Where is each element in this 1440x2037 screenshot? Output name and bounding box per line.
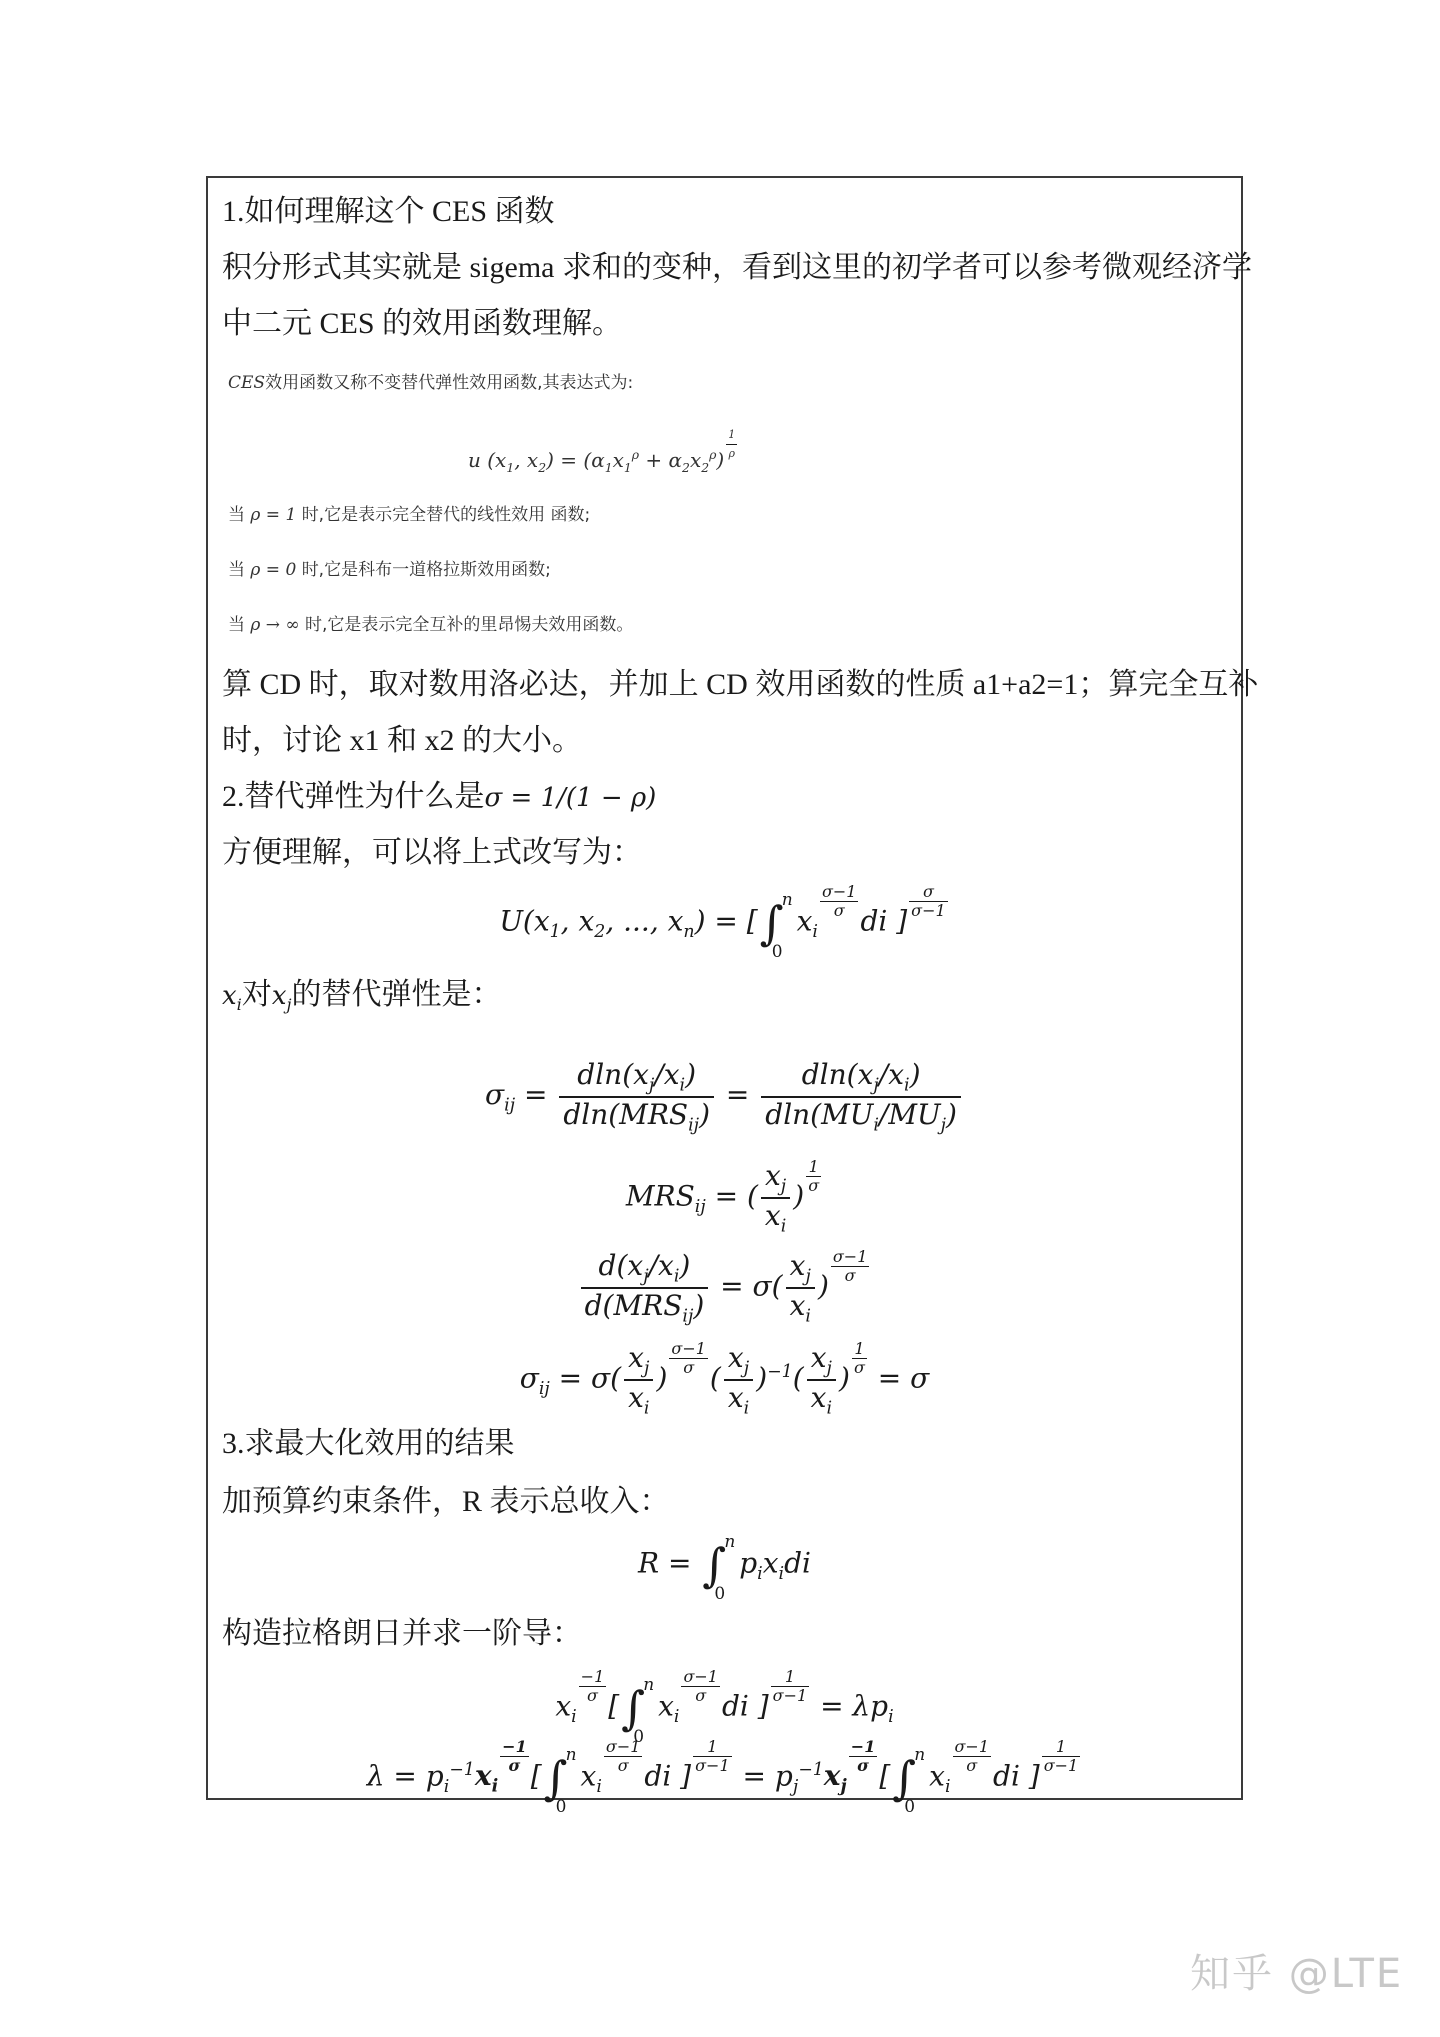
ces-case-linear: 当 ρ = 1 时,它是表示完全替代的线性效用 函数; (228, 500, 590, 525)
elasticity-label: xi对xj的替代弹性是： (222, 975, 502, 1025)
formula-lambda: λ = pi−1xi−1σ[∫n0 xiσ−1σdi ]1σ−1 = pj−1x… (208, 1738, 1241, 1805)
section1-title: 1.如何理解这个 CES 函数 (222, 192, 555, 232)
case1-math: ρ = 1 (250, 505, 296, 525)
cd-note-line2: 时，讨论 x1 和 x2 的大小。 (222, 721, 582, 761)
section3-lagrange-paragraph: 构造拉格朗日并求一阶导： (222, 1614, 582, 1654)
formula-derivative-ratio: d(xj/xi)d(MRSij) = σ(xjxi)σ−1σ (208, 1248, 1241, 1326)
ces-intro: CES效用函数又称不变替代弹性效用函数,其表达式为: (228, 368, 633, 393)
ces-formula: u (x1, x2) = (α1x1ρ + α2x2ρ)1ρ (468, 426, 739, 475)
section3-title: 3.求最大化效用的结果 (222, 1424, 515, 1464)
ces-intro-math: CES (228, 373, 265, 393)
section2-title: 2.替代弹性为什么是σ = 1/(1 − ρ) (222, 777, 656, 818)
formula-budget-constraint: R = ∫n0 pixidi (208, 1538, 1241, 1592)
section1-paragraph-line1: 积分形式其实就是 sigema 求和的变种，看到这里的初学者可以参考微观经济学 (222, 248, 1252, 288)
case3-math: ρ → ∞ (250, 615, 299, 635)
formula-sigma-ij-definition: σij = dln(xj/xi)dln(MRSij) = dln(xj/xi)d… (208, 1058, 1241, 1135)
ces-case-cobb-douglas: 当 ρ = 0 时,它是科布一道格拉斯效用函数; (228, 555, 551, 580)
cd-note-line1: 算 CD 时，取对数用洛必达，并加上 CD 效用函数的性质 a1+a2=1；算完… (222, 665, 1258, 705)
section2-paragraph: 方便理解，可以将上式改写为： (222, 833, 642, 873)
formula-mrs: MRSij = (xjxi)1σ (208, 1158, 1241, 1236)
zhihu-watermark: 知乎 @LTE (1190, 1942, 1403, 1999)
formula-first-order-condition: xi−1σ[∫n0 xiσ−1σdi ]1σ−1 = λpi (208, 1668, 1241, 1735)
section2-title-math: σ = 1/(1 − ρ) (485, 783, 657, 813)
formula-utility-integral: U(x1, x2, ..., xn) = [∫n0 xiσ−1σdi ]σσ−1 (208, 883, 1241, 950)
ces-intro-text: 效用函数又称不变替代弹性效用函数,其表达式为: (265, 373, 633, 393)
case2-math: ρ = 0 (250, 560, 296, 580)
document-box: 1.如何理解这个 CES 函数 积分形式其实就是 sigema 求和的变种，看到… (206, 176, 1243, 1800)
section1-paragraph-line2: 中二元 CES 的效用函数理解。 (222, 304, 622, 344)
formula-sigma-result: σij = σ(xjxi)σ−1σ(xjxi)−1(xjxi)1σ = σ (208, 1340, 1241, 1418)
section3-paragraph: 加预算约束条件，R 表示总收入： (222, 1482, 670, 1522)
ces-case-leontief: 当 ρ → ∞ 时,它是表示完全互补的里昂惕夫效用函数。 (228, 610, 633, 635)
